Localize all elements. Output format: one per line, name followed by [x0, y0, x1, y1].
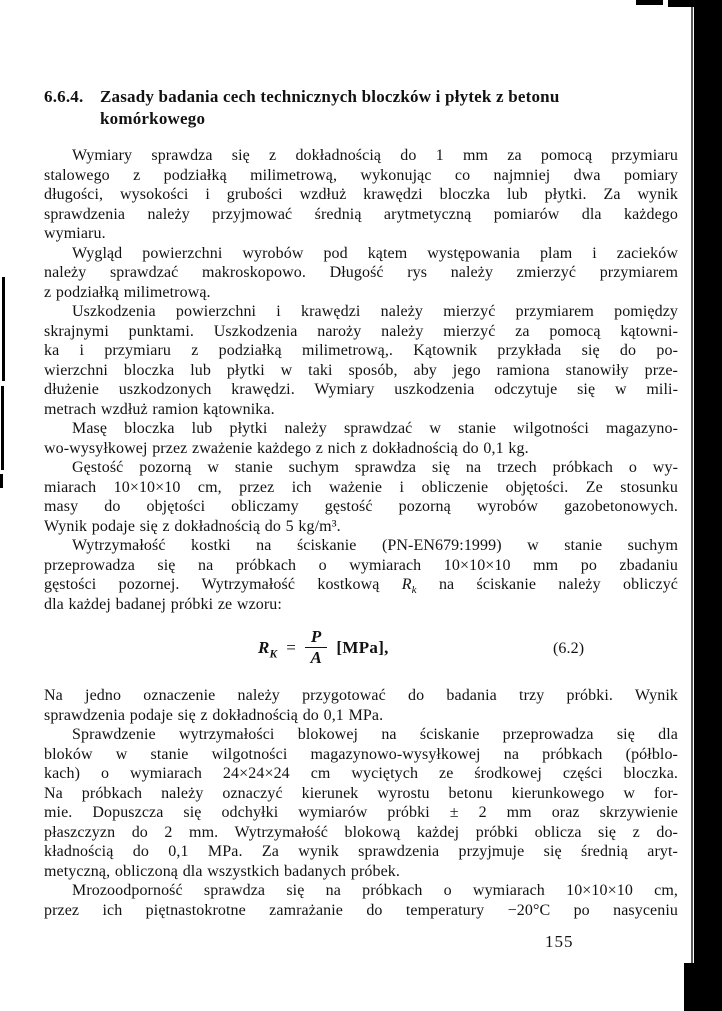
- page-number: 155: [545, 932, 574, 952]
- scan-edge-shadow: [691, 0, 693, 1011]
- fraction: P A: [305, 627, 327, 668]
- text-line: długości, wysokości i grubości wzdłuż kr…: [44, 185, 678, 205]
- equation-6-2: RK = P A [MPa],: [258, 627, 389, 668]
- text-line: kach) o wymiarach 24×24×24 cm wyciętych …: [44, 764, 678, 784]
- rk-symbol: Rk: [402, 576, 417, 593]
- text-line: Masę bloczka lub płytki należy sprawdzać…: [44, 419, 678, 439]
- text-line: należy sprawdzać makroskopowo. Długość r…: [44, 263, 678, 283]
- text-segment: gęstości pozornej. Wytrzymałość kostkową: [44, 576, 379, 593]
- paragraph-damage: Uszkodzenia powierzchni i krawędzi należ…: [44, 302, 678, 419]
- text-line: bloków w stanie wilgotności magazynowo-w…: [44, 745, 678, 765]
- text-line: Sprawdzenie wytrzymałości blokowej na śc…: [44, 725, 678, 745]
- book-page: 6.6.4.Zasady badania cech technicznych b…: [0, 0, 722, 1011]
- paragraph-mass: Masę bloczka lub płytki należy sprawdzać…: [44, 419, 678, 458]
- scan-right-bottom-blotch: [684, 963, 722, 1011]
- paragraph-appearance: Wygląd powierzchni wyrobów pod kątem wys…: [44, 244, 678, 303]
- section-number: 6.6.4.: [44, 86, 100, 108]
- text-line: wymiaru.: [44, 224, 678, 244]
- scan-left-edge-mark: [1, 386, 4, 470]
- paragraph-frost-resistance: Mrozoodporność sprawdza się na próbkach …: [44, 881, 678, 920]
- text-line: z podziałką milimetrową.: [44, 283, 678, 303]
- text-segment: na ściskanie należy obliczyć: [439, 576, 678, 593]
- section-title: Zasady badania cech technicznych bloczkó…: [100, 87, 560, 106]
- section-heading: 6.6.4.Zasady badania cech technicznych b…: [44, 86, 678, 130]
- text-line: wierzchni bloczka lub płytki w taki spos…: [44, 361, 678, 381]
- text-line: miarach 10×10×10 cm, przez ich ważenie i…: [44, 478, 678, 498]
- text-line: płaszczyzn do 2 mm. Wytrzymałość blokową…: [44, 823, 678, 843]
- text-line-with-symbol: gęstości pozornej. Wytrzymałość kostkową…: [44, 575, 678, 595]
- text-line: Wygląd powierzchni wyrobów pod kątem wys…: [44, 244, 678, 264]
- scan-left-edge-mark: [0, 474, 3, 488]
- paragraph-three-samples: Na jedno oznaczenie należy przygotować d…: [44, 686, 678, 725]
- paragraph-block-strength: Sprawdzenie wytrzymałości blokowej na śc…: [44, 725, 678, 881]
- text-line: sprawdzenia podaje się z dokładnością do…: [44, 706, 678, 726]
- text-line: dłużenie uszkodzonych krawędzi. Wymiary …: [44, 380, 678, 400]
- paragraph-dimensions: Wymiary sprawdza się z dokładnością do 1…: [44, 146, 678, 244]
- text-line: Wytrzymałość kostki na ściskanie (PN-EN6…: [44, 536, 678, 556]
- text-line: ka i przymiaru z podziałką milimetrową,.…: [44, 341, 678, 361]
- fraction-denominator: A: [310, 648, 321, 668]
- text-line: stalowego z podziałką milimetrową, wykon…: [44, 166, 678, 186]
- text-line: dla każdej badanej próbki ze wzoru:: [44, 595, 678, 615]
- text-line: Gęstość pozorną w stanie suchym sprawdza…: [44, 458, 678, 478]
- text-line: przez ich piętnastokrotne zamrażanie do …: [44, 901, 678, 921]
- text-line: Uszkodzenia powierzchni i krawędzi należ…: [44, 302, 678, 322]
- equation-unit: [MPa],: [336, 638, 388, 658]
- paragraph-compressive-strength: Wytrzymałość kostki na ściskanie (PN-EN6…: [44, 536, 678, 614]
- text-line: Na próbkach należy oznaczyć kierunek wyr…: [44, 784, 678, 804]
- text-line: Wynik podaje się z dokładnością do 5 kg/…: [44, 517, 678, 537]
- page-content: 6.6.4.Zasady badania cech technicznych b…: [44, 86, 678, 920]
- scan-top-mark: [636, 0, 663, 5]
- scan-right-black-bar: [694, 0, 722, 1011]
- text-line: metyczną, obliczoną dla wszystkich badan…: [44, 862, 678, 882]
- section-heading-line2: komórkowego: [100, 108, 678, 130]
- text-line: sprawdzenia należy przyjmować średnią ar…: [44, 205, 678, 225]
- body-text: Wymiary sprawdza się z dokładnością do 1…: [44, 146, 678, 920]
- section-heading-line1: 6.6.4.Zasady badania cech technicznych b…: [44, 86, 678, 108]
- text-line: przeprowadza się na próbkach o wymiarach…: [44, 556, 678, 576]
- scan-top-mark: [668, 0, 694, 7]
- scan-left-edge-mark: [2, 277, 5, 381]
- equation-lhs: RK: [258, 638, 277, 658]
- text-line: Na jedno oznaczenie należy przygotować d…: [44, 686, 678, 706]
- paragraph-density: Gęstość pozorną w stanie suchym sprawdza…: [44, 458, 678, 536]
- text-line: metrach wzdłuż ramion kątownika.: [44, 400, 678, 420]
- text-line: kładnością do 0,1 MPa. Za wynik sprawdze…: [44, 842, 678, 862]
- equation-number: (6.2): [553, 639, 584, 659]
- text-line: skrajnymi punktami. Uszkodzenia naroży n…: [44, 322, 678, 342]
- text-line: Wymiary sprawdza się z dokładnością do 1…: [44, 146, 678, 166]
- fraction-numerator: P: [305, 627, 327, 648]
- equals-sign: =: [286, 638, 296, 658]
- text-line: wo-wysyłkowej przez zważenie każdego z n…: [44, 439, 678, 459]
- text-line: masy do objętości obliczamy gęstość pozo…: [44, 497, 678, 517]
- equation-block: RK = P A [MPa], (6.2): [44, 624, 678, 676]
- text-line: mie. Dopuszcza się odchyłki wymiarów pró…: [44, 803, 678, 823]
- text-line: Mrozoodporność sprawdza się na próbkach …: [44, 881, 678, 901]
